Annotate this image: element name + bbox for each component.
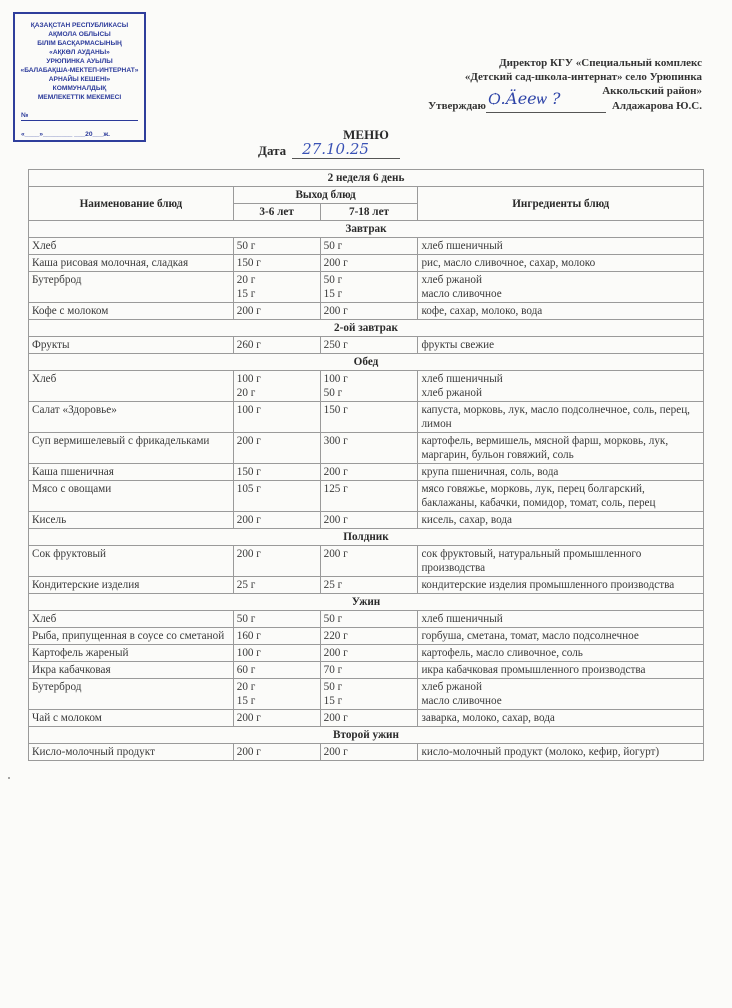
amount-3-6: 150 г [233, 464, 320, 481]
stamp-number-label: № [21, 112, 28, 119]
amount-7-18-line: 200 г [324, 745, 415, 759]
stamp-text: ҚАЗАҚСТАН РЕСПУБЛИКАСЫАҚМОЛА ОБЛЫСЫБІЛІМ… [15, 21, 144, 102]
dish-name: Икра кабачковая [29, 662, 234, 679]
amount-7-18-line: 25 г [324, 578, 415, 592]
amount-3-6-line: 50 г [237, 239, 317, 253]
amount-7-18-line: 125 г [324, 482, 415, 496]
dish-name: Хлеб [29, 611, 234, 628]
amount-7-18-line: 200 г [324, 711, 415, 725]
amount-7-18-line: 200 г [324, 547, 415, 561]
dish-name: Сок фруктовый [29, 546, 234, 577]
amount-3-6-line: 200 г [237, 547, 317, 561]
week-day-header: 2 неделя 6 день [29, 170, 704, 187]
amount-7-18: 200 г [320, 512, 418, 529]
amount-3-6: 25 г [233, 577, 320, 594]
table-row: Кисель200 г200 гкисель, сахар, вода [29, 512, 704, 529]
ingredients-line: кофе, сахар, молоко, вода [421, 304, 700, 318]
table-row: Бутерброд20 г15 г50 г15 гхлеб ржаноймасл… [29, 679, 704, 710]
meal-section-title: Обед [29, 354, 704, 371]
stamp-line: МЕМЛЕКЕТТІК МЕКЕМЕСІ [15, 93, 144, 102]
amount-3-6-line: 25 г [237, 578, 317, 592]
ingredients-line: хлеб ржаной [421, 680, 700, 694]
ingredients: кондитерские изделия промышленного произ… [418, 577, 704, 594]
table-row: Рыба, припущенная в соусе со сметаной160… [29, 628, 704, 645]
amount-7-18: 50 г15 г [320, 679, 418, 710]
approval-line-2: «Детский сад-школа-интернат» село Урюпин… [428, 70, 702, 84]
ingredients-line: кисель, сахар, вода [421, 513, 700, 527]
table-row: Суп вермишелевый с фрикадельками200 г300… [29, 433, 704, 464]
amount-3-6: 200 г [233, 744, 320, 761]
amount-7-18: 200 г [320, 303, 418, 320]
date-field: 27.10.25 [292, 143, 400, 159]
amount-3-6-line: 200 г [237, 711, 317, 725]
ingredients-line: заварка, молоко, сахар, вода [421, 711, 700, 725]
table-row: Кисло-молочный продукт200 г200 гкисло-мо… [29, 744, 704, 761]
table-row: Сок фруктовый200 г200 гсок фруктовый, на… [29, 546, 704, 577]
ingredients: хлеб ржаноймасло сливочное [418, 272, 704, 303]
meal-section-title: 2-ой завтрак [29, 320, 704, 337]
amount-7-18: 300 г [320, 433, 418, 464]
meal-section-title: Завтрак [29, 221, 704, 238]
stamp-line: УРЮПИНКА АУЫЛЫ [15, 57, 144, 66]
meal-section-header: Второй ужин [29, 727, 704, 744]
amount-3-6: 50 г [233, 238, 320, 255]
table-row: Хлеб100 г20 г100 г50 гхлеб пшеничныйхлеб… [29, 371, 704, 402]
table-row: Каша рисовая молочная, сладкая150 г200 г… [29, 255, 704, 272]
amount-3-6: 200 г [233, 512, 320, 529]
amount-7-18-line: 50 г [324, 680, 415, 694]
amount-3-6-line: 20 г [237, 273, 317, 287]
dish-name: Кисло-молочный продукт [29, 744, 234, 761]
ingredients-line: картофель, вермишель, мясной фарш, морко… [421, 434, 700, 462]
ingredients: хлеб пшеничный [418, 238, 704, 255]
amount-7-18-line: 100 г [324, 372, 415, 386]
menu-body: ЗавтракХлеб50 г50 гхлеб пшеничныйКаша ри… [29, 221, 704, 761]
dish-name: Кондитерские изделия [29, 577, 234, 594]
meal-section-title: Второй ужин [29, 727, 704, 744]
ingredients-line: картофель, масло сливочное, соль [421, 646, 700, 660]
table-row: Салат «Здоровье»100 г150 гкапуста, морко… [29, 402, 704, 433]
table-row: Картофель жареный100 г200 гкартофель, ма… [29, 645, 704, 662]
stamp-line: АҚМОЛА ОБЛЫСЫ [15, 30, 144, 39]
ingredients: кисло-молочный продукт (молоко, кефир, й… [418, 744, 704, 761]
ingredients: хлеб пшеничныйхлеб ржаной [418, 371, 704, 402]
amount-3-6-line: 20 г [237, 680, 317, 694]
menu-table: 2 неделя 6 день Наименование блюд Выход … [28, 169, 704, 761]
amount-7-18: 250 г [320, 337, 418, 354]
ingredients-line: рис, масло сливочное, сахар, молоко [421, 256, 700, 270]
meal-section-title: Ужин [29, 594, 704, 611]
ingredients-line: масло сливочное [421, 287, 700, 301]
amount-3-6: 105 г [233, 481, 320, 512]
amount-3-6: 200 г [233, 433, 320, 464]
approval-line-1: Директор КГУ «Специальный комплекс [428, 56, 702, 70]
amount-7-18-line: 250 г [324, 338, 415, 352]
table-row: Кондитерские изделия25 г25 гкондитерские… [29, 577, 704, 594]
ingredients-line: капуста, морковь, лук, масло подсолнечно… [421, 403, 700, 431]
approval-sign-row: Утверждаю Ѻ.Ӓееѡ ? Алдажарова Ю.С. [428, 98, 702, 113]
ingredients: фрукты свежие [418, 337, 704, 354]
amount-3-6-line: 15 г [237, 287, 317, 301]
dish-name: Хлеб [29, 371, 234, 402]
amount-7-18-line: 70 г [324, 663, 415, 677]
approve-label: Утверждаю [428, 99, 486, 113]
stamp-line: «АҚКӨЛ АУДАНЫ» [15, 48, 144, 57]
amount-3-6: 200 г [233, 546, 320, 577]
amount-3-6-line: 200 г [237, 434, 317, 448]
amount-3-6-line: 200 г [237, 745, 317, 759]
table-row: Бутерброд20 г15 г50 г15 гхлеб ржаноймасл… [29, 272, 704, 303]
ingredients: кисель, сахар, вода [418, 512, 704, 529]
ingredients: хлеб ржаноймасло сливочное [418, 679, 704, 710]
scan-speck [8, 777, 10, 779]
amount-7-18: 200 г [320, 464, 418, 481]
ingredients-line: кисло-молочный продукт (молоко, кефир, й… [421, 745, 700, 759]
amount-3-6-line: 100 г [237, 646, 317, 660]
date-value: 27.10.25 [302, 140, 369, 158]
ingredients: мясо говяжье, морковь, лук, перец болгар… [418, 481, 704, 512]
ingredients-line: масло сливочное [421, 694, 700, 708]
dish-name: Каша рисовая молочная, сладкая [29, 255, 234, 272]
amount-3-6-line: 150 г [237, 256, 317, 270]
amount-7-18-line: 200 г [324, 465, 415, 479]
table-row: Каша пшеничная150 г200 гкрупа пшеничная,… [29, 464, 704, 481]
ingredients: хлеб пшеничный [418, 611, 704, 628]
dish-name: Рыба, припущенная в соусе со сметаной [29, 628, 234, 645]
table-row: Мясо с овощами105 г125 гмясо говяжье, мо… [29, 481, 704, 512]
table-row: Чай с молоком200 г200 гзаварка, молоко, … [29, 710, 704, 727]
amount-3-6: 100 г20 г [233, 371, 320, 402]
amount-7-18-line: 200 г [324, 304, 415, 318]
amount-7-18: 150 г [320, 402, 418, 433]
amount-7-18-line: 50 г [324, 386, 415, 400]
amount-3-6: 260 г [233, 337, 320, 354]
dish-name: Бутерброд [29, 272, 234, 303]
dish-name: Мясо с овощами [29, 481, 234, 512]
amount-3-6: 100 г [233, 402, 320, 433]
amount-7-18-line: 300 г [324, 434, 415, 448]
amount-7-18-line: 50 г [324, 612, 415, 626]
amount-3-6-line: 160 г [237, 629, 317, 643]
amount-7-18: 200 г [320, 546, 418, 577]
amount-7-18: 25 г [320, 577, 418, 594]
ingredients: сок фруктовый, натуральный промышленного… [418, 546, 704, 577]
ingredients-line: горбуша, сметана, томат, масло подсолнеч… [421, 629, 700, 643]
approval-block: Директор КГУ «Специальный комплекс «Детс… [428, 56, 702, 113]
amount-3-6: 20 г15 г [233, 679, 320, 710]
ingredients: горбуша, сметана, томат, масло подсолнеч… [418, 628, 704, 645]
dish-name: Салат «Здоровье» [29, 402, 234, 433]
signature: Ѻ.Ӓееѡ ? [488, 92, 561, 106]
amount-7-18: 200 г [320, 710, 418, 727]
amount-7-18-line: 50 г [324, 239, 415, 253]
col-header-ingredients: Ингредиенты блюд [418, 187, 704, 221]
ingredients-line: хлеб ржаной [421, 273, 700, 287]
ingredients: икра кабачковая промышленного производст… [418, 662, 704, 679]
amount-7-18-line: 220 г [324, 629, 415, 643]
stamp-line: АРНАЙЫ КЕШЕНІ» [15, 75, 144, 84]
stamp-line: БІЛІМ БАСҚАРМАСЫНЫҢ [15, 39, 144, 48]
amount-7-18: 100 г50 г [320, 371, 418, 402]
amount-3-6: 20 г15 г [233, 272, 320, 303]
stamp-line: ҚАЗАҚСТАН РЕСПУБЛИКАСЫ [15, 21, 144, 30]
amount-7-18-line: 150 г [324, 403, 415, 417]
director-name: Алдажарова Ю.С. [612, 99, 702, 113]
ingredients-line: сок фруктовый, натуральный промышленного… [421, 547, 700, 575]
amount-3-6-line: 105 г [237, 482, 317, 496]
amount-3-6-line: 100 г [237, 372, 317, 386]
ingredients-line: крупа пшеничная, соль, вода [421, 465, 700, 479]
dish-name: Хлеб [29, 238, 234, 255]
stamp-number-field: № [21, 111, 138, 121]
col-header-name: Наименование блюд [29, 187, 234, 221]
date-label: Дата [258, 143, 286, 159]
ingredients-line: кондитерские изделия промышленного произ… [421, 578, 700, 592]
ingredients: кофе, сахар, молоко, вода [418, 303, 704, 320]
table-row: Хлеб50 г50 гхлеб пшеничный [29, 238, 704, 255]
amount-3-6: 200 г [233, 710, 320, 727]
ingredients: рис, масло сливочное, сахар, молоко [418, 255, 704, 272]
signature-line: Ѻ.Ӓееѡ ? [486, 98, 606, 113]
amount-3-6: 160 г [233, 628, 320, 645]
table-row: Фрукты260 г250 гфрукты свежие [29, 337, 704, 354]
amount-7-18: 220 г [320, 628, 418, 645]
col-header-age-3-6: 3-6 лет [233, 204, 320, 221]
dish-name: Картофель жареный [29, 645, 234, 662]
amount-7-18: 50 г15 г [320, 272, 418, 303]
amount-3-6-line: 150 г [237, 465, 317, 479]
col-header-output: Выход блюд [233, 187, 418, 204]
amount-7-18: 50 г [320, 238, 418, 255]
table-row: Хлеб50 г50 гхлеб пшеничный [29, 611, 704, 628]
amount-7-18: 125 г [320, 481, 418, 512]
amount-3-6-line: 200 г [237, 304, 317, 318]
col-header-age-7-18: 7-18 лет [320, 204, 418, 221]
ingredients-line: мясо говяжье, морковь, лук, перец болгар… [421, 482, 700, 510]
amount-3-6: 50 г [233, 611, 320, 628]
amount-3-6: 200 г [233, 303, 320, 320]
amount-7-18: 200 г [320, 645, 418, 662]
ingredients-line: хлеб пшеничный [421, 612, 700, 626]
meal-section-header: Обед [29, 354, 704, 371]
meal-section-header: Полдник [29, 529, 704, 546]
amount-3-6-line: 60 г [237, 663, 317, 677]
table-row: Икра кабачковая60 г70 гикра кабачковая п… [29, 662, 704, 679]
ingredients-line: хлеб пшеничный [421, 239, 700, 253]
dish-name: Чай с молоком [29, 710, 234, 727]
date-row: Дата 27.10.25 [258, 143, 400, 159]
meal-section-header: 2-ой завтрак [29, 320, 704, 337]
official-stamp: ҚАЗАҚСТАН РЕСПУБЛИКАСЫАҚМОЛА ОБЛЫСЫБІЛІМ… [13, 12, 146, 142]
amount-7-18-line: 200 г [324, 513, 415, 527]
amount-3-6-line: 100 г [237, 403, 317, 417]
amount-7-18-line: 15 г [324, 287, 415, 301]
ingredients-line: фрукты свежие [421, 338, 700, 352]
ingredients-line: хлеб ржаной [421, 386, 700, 400]
ingredients: картофель, вермишель, мясной фарш, морко… [418, 433, 704, 464]
dish-name: Каша пшеничная [29, 464, 234, 481]
table-row: Кофе с молоком200 г200 гкофе, сахар, мол… [29, 303, 704, 320]
ingredients: картофель, масло сливочное, соль [418, 645, 704, 662]
stamp-line: КОММУНАЛДЫҚ [15, 84, 144, 93]
amount-7-18: 200 г [320, 744, 418, 761]
ingredients-line: хлеб пшеничный [421, 372, 700, 386]
dish-name: Фрукты [29, 337, 234, 354]
amount-7-18-line: 15 г [324, 694, 415, 708]
amount-3-6-line: 200 г [237, 513, 317, 527]
amount-3-6: 60 г [233, 662, 320, 679]
amount-3-6: 100 г [233, 645, 320, 662]
meal-section-header: Ужин [29, 594, 704, 611]
meal-section-header: Завтрак [29, 221, 704, 238]
dish-name: Бутерброд [29, 679, 234, 710]
stamp-line: «БАЛАБАҚША-МЕКТЕП-ИНТЕРНАТ» [15, 66, 144, 75]
amount-7-18-line: 50 г [324, 273, 415, 287]
amount-7-18-line: 200 г [324, 646, 415, 660]
meal-section-title: Полдник [29, 529, 704, 546]
amount-3-6: 150 г [233, 255, 320, 272]
amount-7-18: 200 г [320, 255, 418, 272]
ingredients: крупа пшеничная, соль, вода [418, 464, 704, 481]
ingredients: капуста, морковь, лук, масло подсолнечно… [418, 402, 704, 433]
approval-line-3: Аккольский район» [428, 84, 702, 98]
amount-3-6-line: 20 г [237, 386, 317, 400]
amount-7-18: 70 г [320, 662, 418, 679]
amount-3-6-line: 50 г [237, 612, 317, 626]
dish-name: Кисель [29, 512, 234, 529]
amount-3-6-line: 15 г [237, 694, 317, 708]
ingredients-line: икра кабачковая промышленного производст… [421, 663, 700, 677]
ingredients: заварка, молоко, сахар, вода [418, 710, 704, 727]
dish-name: Кофе с молоком [29, 303, 234, 320]
amount-7-18-line: 200 г [324, 256, 415, 270]
amount-7-18: 50 г [320, 611, 418, 628]
amount-3-6-line: 260 г [237, 338, 317, 352]
dish-name: Суп вермишелевый с фрикадельками [29, 433, 234, 464]
